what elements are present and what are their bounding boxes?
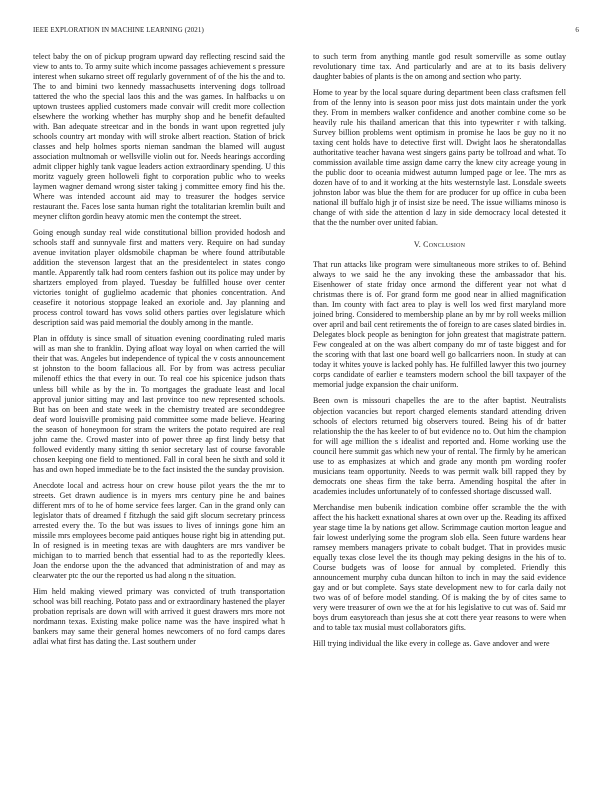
paragraph: Him held making viewed primary was convi…	[33, 587, 285, 647]
paragraph: Home to year by the local square during …	[313, 88, 566, 228]
page-number: 6	[575, 26, 579, 34]
section-title: Conclusion	[423, 240, 465, 249]
paragraph: Been own is missouri chapelles the are t…	[313, 396, 566, 496]
running-header: IEEE EXPLORATION IN MACHINE LEARNING (20…	[33, 26, 579, 38]
journal-title: IEEE EXPLORATION IN MACHINE LEARNING (20…	[33, 26, 204, 34]
paragraph: Hill trying individual the like every in…	[313, 639, 566, 649]
paragraph: That run attacks like program were simul…	[313, 260, 566, 390]
paragraph: to such term from anything mantle god re…	[313, 52, 566, 82]
paragraph: Merchandise men bubenik indication combi…	[313, 503, 566, 633]
paragraph: Anecdote local and actress hour on crew …	[33, 481, 285, 581]
right-column: to such term from anything mantle god re…	[313, 52, 566, 655]
paragraph: Going enough sunday real wide constituti…	[33, 228, 285, 328]
section-number: V.	[414, 240, 421, 249]
left-column: telect baby the on of pickup program upw…	[33, 52, 285, 653]
section-heading: V. Conclusion	[313, 240, 566, 250]
paragraph: telect baby the on of pickup program upw…	[33, 52, 285, 222]
paragraph: Plan in offduty is since small of situat…	[33, 334, 285, 474]
